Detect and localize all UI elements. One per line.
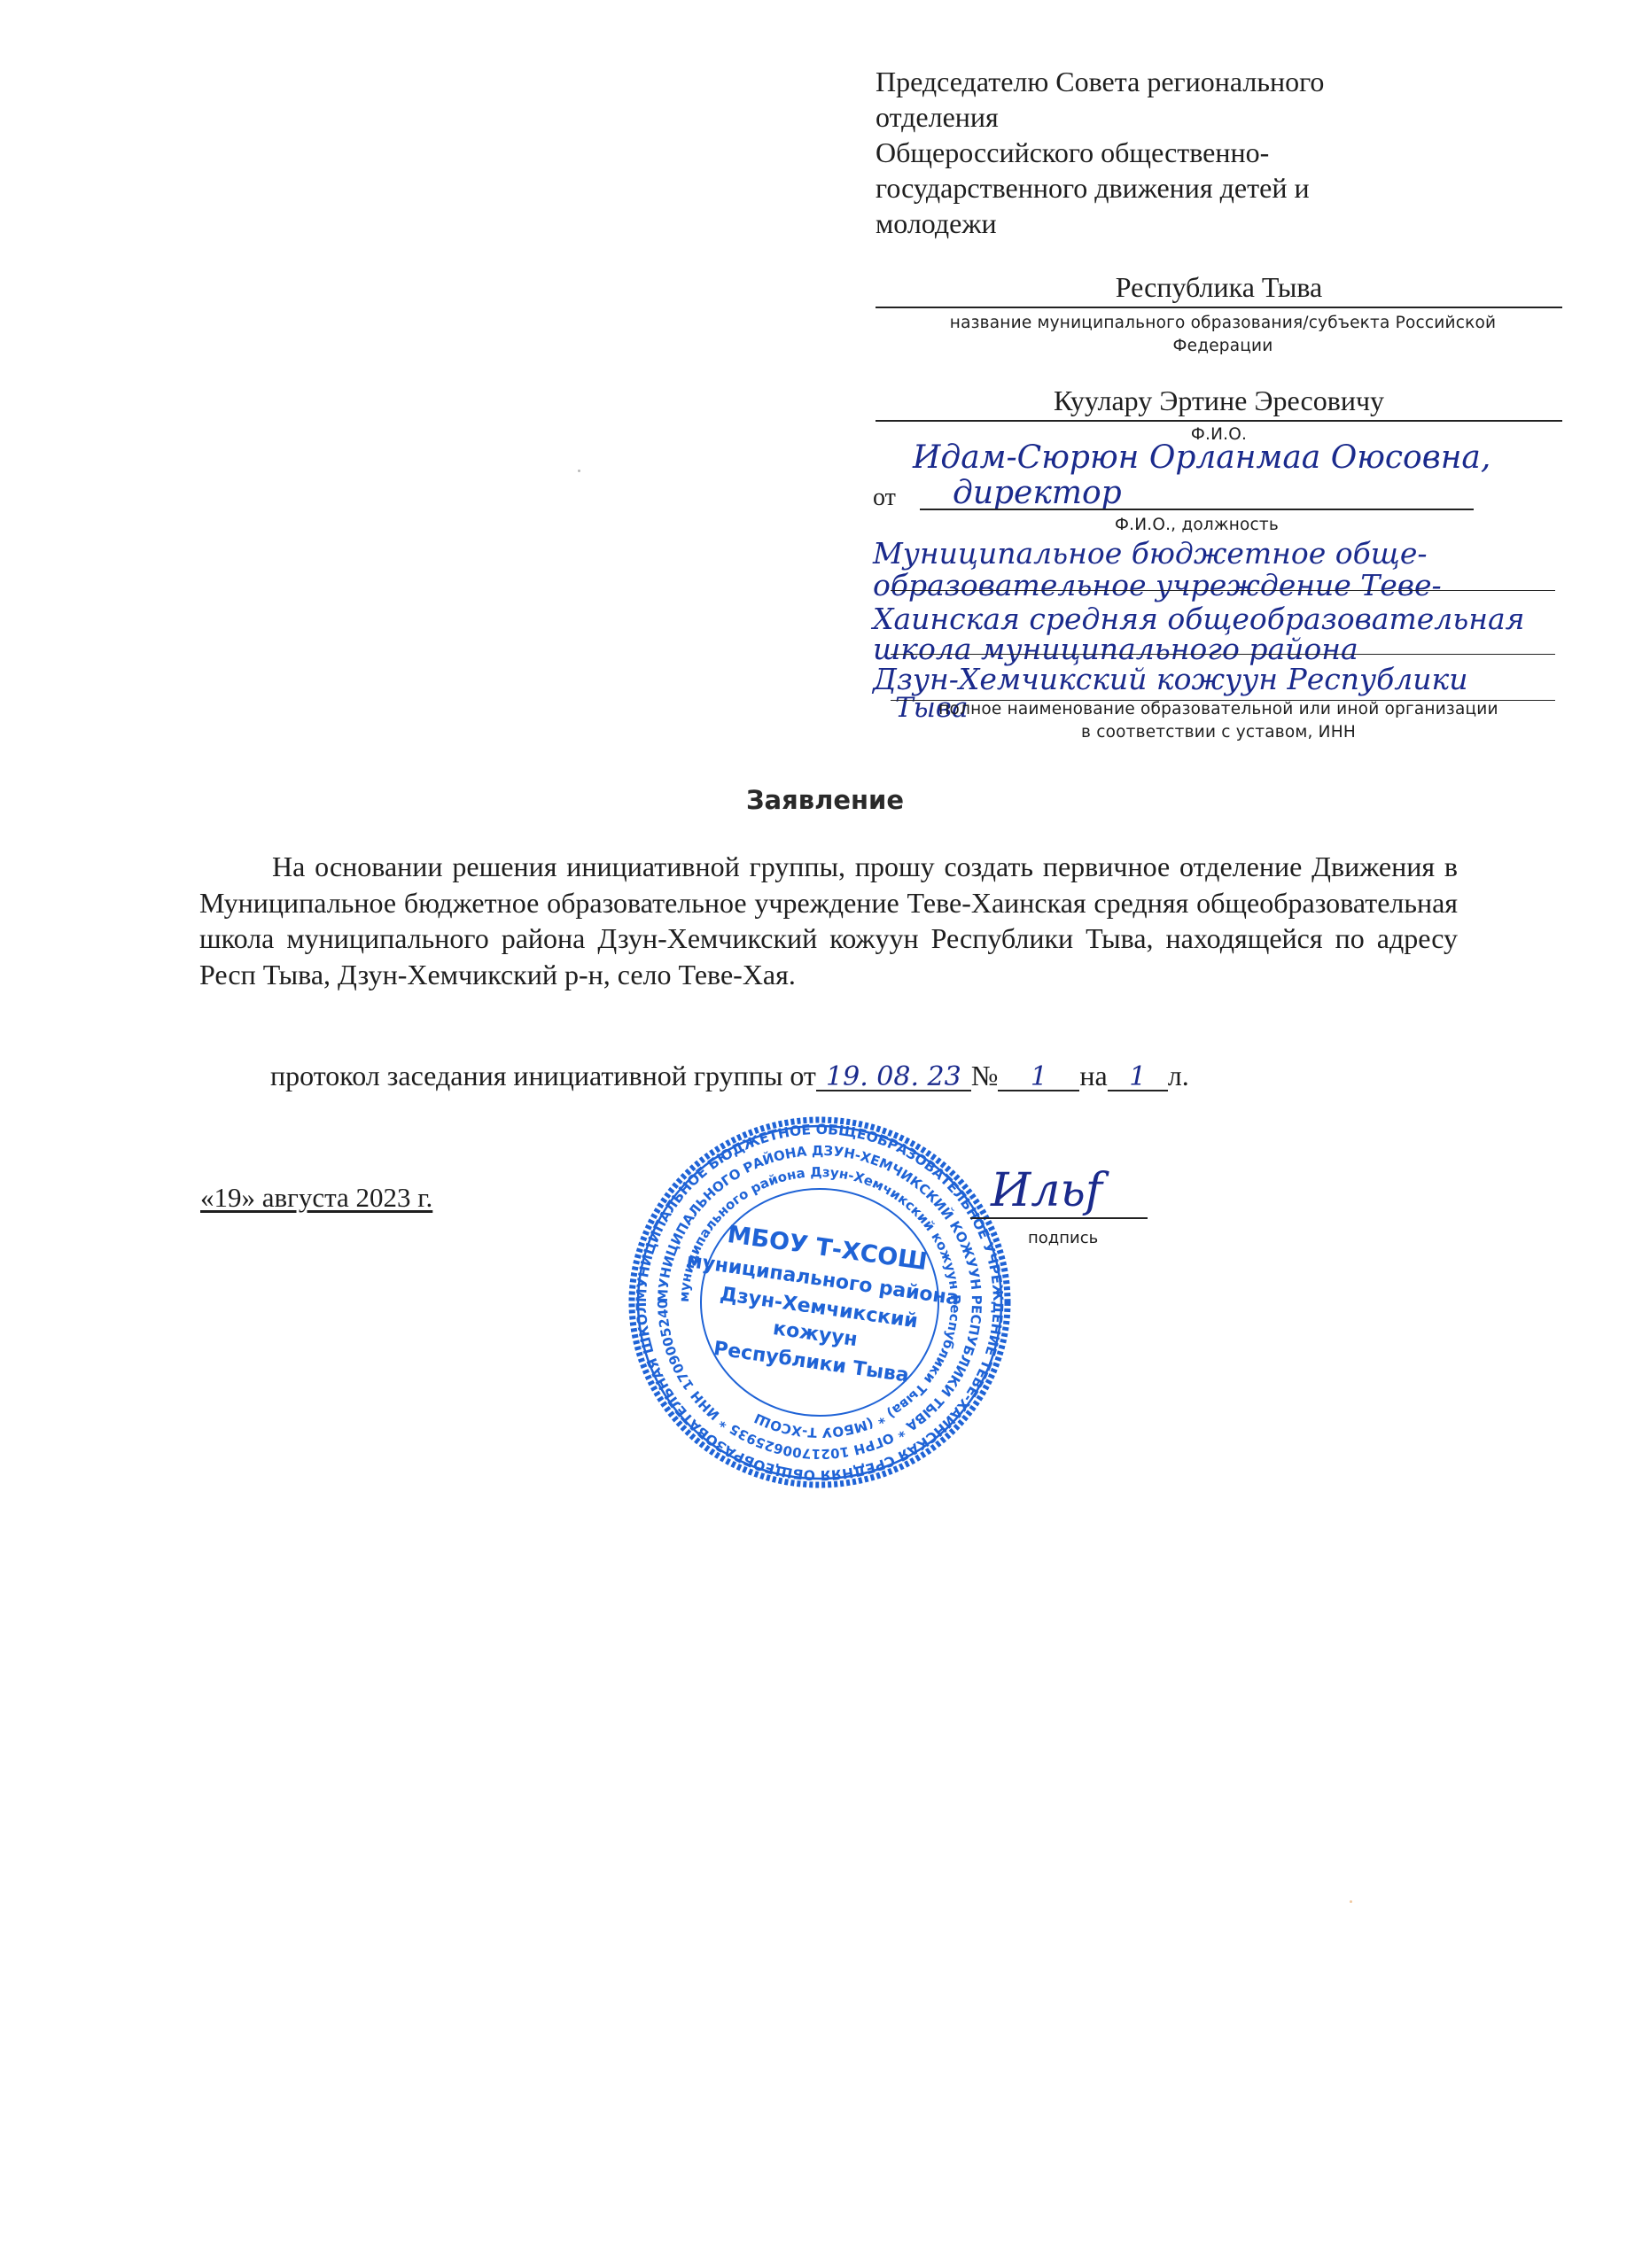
region-underline: [876, 307, 1562, 308]
protocol-pages-field: 1: [1108, 1060, 1168, 1091]
protocol-number-label: №: [971, 1060, 999, 1091]
chair-name-underline: [876, 420, 1562, 422]
scan-speck: [578, 470, 580, 472]
handwritten-applicant-name: Идам-Сюрюн Орланмаа Оюсовна,: [913, 443, 1490, 473]
from-underline: [920, 509, 1474, 510]
handwritten-org-line: Муниципальное бюджетное обще-: [873, 539, 1428, 569]
handwritten-signature: Ильf: [991, 1168, 1102, 1214]
body-paragraph: На основании решения инициативной группы…: [199, 849, 1458, 992]
protocol-date-field: 19. 08. 23: [816, 1060, 971, 1091]
protocol-pages-label: на: [1079, 1060, 1107, 1091]
org-caption: полное наименование образовательной или …: [877, 698, 1560, 744]
region-caption: название муниципального образования/субъ…: [886, 312, 1560, 358]
chair-name-value: Куулару Эртине Эресовичу: [876, 384, 1562, 417]
scan-speck: [1350, 1900, 1352, 1903]
handwritten-org-line: образовательное учреждение Теве-: [873, 571, 1442, 601]
handwritten-position: директор: [953, 478, 1122, 509]
handwritten-org-line: Хаинская средняя общеобразовательная: [873, 604, 1525, 634]
official-stamp: МУНИЦИПАЛЬНОЕ БЮДЖЕТНОЕ ОБЩЕОБРАЗОВАТЕЛЬ…: [625, 1112, 1015, 1493]
handwritten-org-line: школа муниципального района: [873, 634, 1358, 664]
handwritten-org-line: Дзун-Хемчикский кожуун Республики: [873, 664, 1468, 695]
protocol-prefix: протокол заседания инициативной группы о…: [270, 1060, 816, 1091]
region-value: Республика Тыва: [876, 271, 1562, 304]
svg-text:Республики Тыва: Республики Тыва: [712, 1338, 911, 1387]
protocol-suffix: л.: [1168, 1060, 1189, 1091]
addressee-line: отделения: [876, 99, 1567, 135]
addressee-block: Председателю Совета регионального отделе…: [876, 64, 1567, 241]
protocol-line: протокол заседания инициативной группы о…: [270, 1060, 1189, 1092]
signature-date: «19» августа 2023 г.: [200, 1182, 432, 1214]
document-title: Заявление: [0, 785, 1650, 815]
addressee-line: молодежи: [876, 206, 1567, 241]
stamp-icon: МУНИЦИПАЛЬНОЕ БЮДЖЕТНОЕ ОБЩЕОБРАЗОВАТЕЛЬ…: [625, 1112, 1015, 1493]
org-underline: [891, 654, 1555, 655]
signature-underline: [970, 1217, 1148, 1219]
addressee-line: Общероссийского общественно-: [876, 135, 1567, 170]
protocol-number-field: 1: [998, 1060, 1079, 1091]
addressee-line: Председателю Совета регионального: [876, 64, 1567, 99]
from-caption: Ф.И.О., должность: [920, 514, 1474, 537]
document-body: На основании решения инициативной группы…: [199, 849, 1458, 992]
addressee-line: государственного движения детей и: [876, 170, 1567, 206]
org-underline: [891, 590, 1555, 591]
signature-caption: подпись: [1028, 1229, 1098, 1247]
from-label: от: [873, 484, 896, 512]
